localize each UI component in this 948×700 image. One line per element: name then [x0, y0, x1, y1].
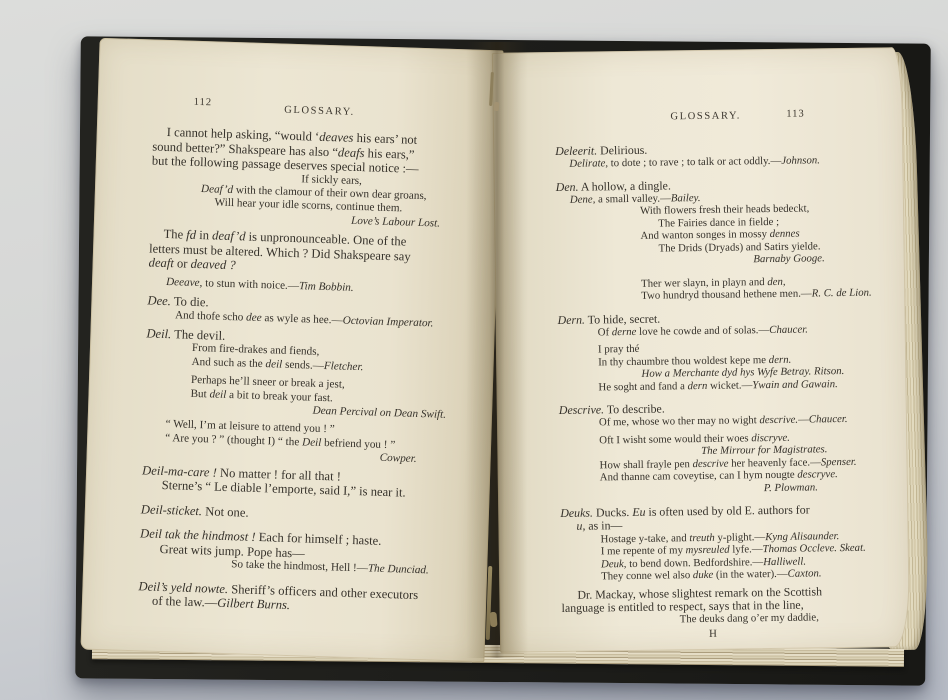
left-page-text: I cannot help asking, “would ‘deaves his…: [138, 125, 485, 619]
left-page-surface: 112 GLOSSARY. I cannot help asking, “wou…: [80, 38, 503, 662]
text-line: Deil-sticket. Not one.: [141, 502, 473, 527]
right-page-text: Deleerit. Delirious.Delirate, to dote ; …: [555, 141, 864, 627]
left-page: 112 GLOSSARY. I cannot help asking, “wou…: [80, 38, 503, 662]
right-page-header: GLOSSARY. 113: [555, 108, 857, 128]
binding-thread-top-knot: [494, 102, 500, 111]
left-running-head: GLOSSARY.: [153, 101, 485, 122]
right-page-surface: GLOSSARY. 113 Deleerit. Delirious.Delira…: [492, 47, 910, 653]
right-page: GLOSSARY. 113 Deleerit. Delirious.Delira…: [492, 47, 910, 653]
signature-mark: H: [562, 626, 864, 643]
photo-background: 112 GLOSSARY. I cannot help asking, “wou…: [0, 0, 948, 700]
binding-thread-bottom-knot: [489, 612, 497, 627]
left-page-header: 112 GLOSSARY.: [153, 96, 485, 122]
right-page-number: 113: [786, 109, 805, 120]
right-running-head: GLOSSARY.: [555, 109, 857, 124]
